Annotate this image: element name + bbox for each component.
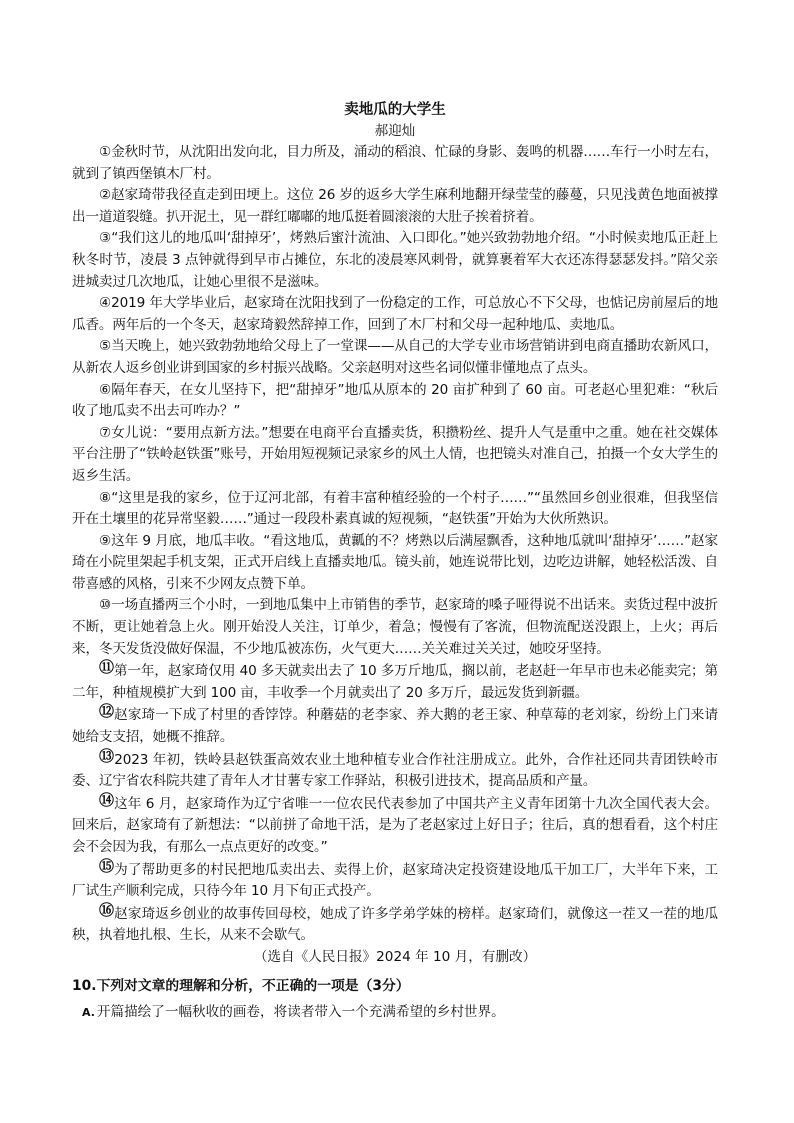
paragraph-14: ⑭这年 6 月，赵家琦作为辽宁省唯一一位农民代表参加了中国共产主义青年团第十九次… [72, 793, 718, 859]
paragraph-text: “我们这儿的地瓜叫‘甜掉牙’，烤熟后蜜汁流油、入口即化。”她兴致勃勃地介绍。“小… [72, 230, 718, 289]
paragraph-2: ②赵家琦带我径直走到田埂上。这位 26 岁的返乡大学生麻利地翻开绿莹莹的藤蔓，只… [72, 185, 718, 228]
paragraph-number: ⑫ [99, 702, 114, 720]
paragraph-1: ①金秋时节，从沈阳出发向北，目力所及，涌动的稻浪、忙碌的身影、轰鸣的机器……车行… [72, 142, 718, 185]
paragraph-9: ⑨这年 9 月底，地瓜丰收。“看这地瓜，黄瓤的不？烤熟以后满屋飘香，这种地瓜就叫… [72, 531, 718, 596]
question-title: 10.下列对文章的理解和分析，不正确的一项是（3分） [72, 976, 732, 996]
paragraph-number: ⑧ [99, 490, 111, 506]
paragraph-5: ⑤当天晚上，她兴致勃勃地给父母上了一堂课——从自己的大学专业市场营销讲到电商直播… [72, 336, 718, 379]
paragraph-3: ③“我们这儿的地瓜叫‘甜掉牙’，烤熟后蜜汁流油、入口即化。”她兴致勃勃地介绍。“… [72, 228, 718, 293]
article-source: （选自《人民日报》2024 年 10 月，有删改） [72, 947, 718, 969]
paragraph-text: 这年 6 月，赵家琦作为辽宁省唯一一位农民代表参加了中国共产主义青年团第十九次全… [72, 796, 718, 855]
paragraph-text: 为了帮助更多的村民把地瓜卖出去、卖得上价，赵家琦决定投资建设地瓜干加工厂，大半年… [72, 862, 718, 900]
paragraph-16: ⑯赵家琦返乡创业的故事传回母校，她成了许多学弟学妹的榜样。赵家琦们，就像这一茬又… [72, 903, 718, 947]
article-title: 卖地瓜的大学生 [72, 100, 718, 121]
paragraph-text: 第一年，赵家琦仅用 40 多天就卖出去了 10 多万斤地瓜，搁以前，老赵赶一年早… [72, 663, 718, 701]
paragraph-10: ⑩一场直播两三个小时，一到地瓜集中上市销售的季节，赵家琦的嗓子哑得说不出话来。卖… [72, 595, 718, 660]
paragraph-11: ⑪第一年，赵家琦仅用 40 多天就卖出去了 10 多万斤地瓜，搁以前，老赵赶一年… [72, 660, 718, 704]
paragraph-number: ⑪ [99, 658, 114, 676]
article: 卖地瓜的大学生 郝迎灿 ①金秋时节，从沈阳出发向北，目力所及，涌动的稻浪、忙碌的… [72, 100, 718, 969]
paragraph-number: ⑭ [99, 791, 114, 809]
paragraph-number: ② [99, 187, 111, 203]
paragraph-number: ④ [99, 295, 111, 311]
paragraph-number: ③ [99, 230, 111, 246]
question-option-a: A.开篇描绘了一幅秋收的画卷，将读者带入一个充满希望的乡村世界。 [72, 1002, 732, 1023]
paragraph-4: ④2019 年大学毕业后，赵家琦在沈阳找到了一份稳定的工作，可总放心不下父母，也… [72, 293, 718, 336]
paragraph-text: 赵家琦返乡创业的故事传回母校，她成了许多学弟学妹的榜样。赵家琦们，就像这一茬又一… [72, 906, 718, 944]
paragraph-8: ⑧“这里是我的家乡，位于辽河北部，有着丰富种植经验的一个村子……”“虽然回乡创业… [72, 488, 718, 531]
paragraph-text: 赵家琦一下成了村里的香饽饽。种蘑菇的老李家、养大鹅的老王家、种草莓的老刘家，纷纷… [72, 707, 718, 745]
paragraph-text: 隔年春天，在女儿坚持下，把“甜掉牙”地瓜从原本的 20 亩扩种到了 60 亩。可… [72, 382, 718, 420]
paragraph-text: 2023 年初，铁岭县赵铁蛋高效农业土地种植专业合作社注册成立。此外，合作社还同… [72, 752, 718, 790]
option-text: 开篇描绘了一幅秋收的画卷，将读者带入一个充满希望的乡村世界。 [97, 1004, 505, 1020]
paragraph-number: ⑨ [99, 533, 111, 549]
paragraph-text: 一场直播两三个小时，一到地瓜集中上市销售的季节，赵家琦的嗓子哑得说不出话来。卖货… [72, 597, 718, 656]
paragraph-number: ⑩ [99, 597, 111, 613]
paragraph-text: 金秋时节，从沈阳出发向北，目力所及，涌动的稻浪、忙碌的身影、轰鸣的机器……车行一… [72, 144, 718, 182]
paragraph-6: ⑥隔年春天，在女儿坚持下，把“甜掉牙”地瓜从原本的 20 亩扩种到了 60 亩。… [72, 380, 718, 423]
paragraph-text: 当天晚上，她兴致勃勃地给父母上了一堂课——从自己的大学专业市场营销讲到电商直播助… [72, 338, 718, 376]
paragraph-number: ⑬ [99, 747, 114, 765]
paragraph-12: ⑫赵家琦一下成了村里的香饽饽。种蘑菇的老李家、养大鹅的老王家、种草莓的老刘家，纷… [72, 704, 718, 748]
paragraph-number: ⑮ [99, 857, 114, 875]
paragraph-text: 2019 年大学毕业后，赵家琦在沈阳找到了一份稳定的工作，可总放心不下父母，也惦… [72, 295, 718, 333]
paragraph-text: 女儿说：“要用点新方法。”想要在电商平台直播卖货，积攒粉丝、提升人气是重中之重。… [72, 425, 718, 484]
paragraph-text: 这年 9 月底，地瓜丰收。“看这地瓜，黄瓤的不？烤熟以后满屋飘香，这种地瓜就叫‘… [72, 533, 718, 592]
question-10: 10.下列对文章的理解和分析，不正确的一项是（3分） A.开篇描绘了一幅秋收的画… [72, 976, 732, 1023]
article-author: 郝迎灿 [72, 121, 718, 142]
paragraph-number: ⑯ [99, 901, 114, 919]
paragraph-text: 赵家琦带我径直走到田埂上。这位 26 岁的返乡大学生麻利地翻开绿莹莹的藤蔓，只见… [72, 187, 718, 225]
paragraph-7: ⑦女儿说：“要用点新方法。”想要在电商平台直播卖货，积攒粉丝、提升人气是重中之重… [72, 423, 718, 488]
paragraph-number: ① [99, 144, 111, 160]
paragraph-number: ⑦ [99, 425, 111, 441]
paragraph-text: “这里是我的家乡，位于辽河北部，有着丰富种植经验的一个村子……”“虽然回乡创业很… [72, 490, 718, 528]
option-label: A. [82, 1006, 95, 1019]
paragraph-15: ⑮为了帮助更多的村民把地瓜卖出去、卖得上价，赵家琦决定投资建设地瓜干加工厂，大半… [72, 859, 718, 903]
paragraph-number: ⑤ [99, 338, 111, 354]
paragraph-number: ⑥ [99, 382, 111, 398]
paragraph-13: ⑬2023 年初，铁岭县赵铁蛋高效农业土地种植专业合作社注册成立。此外，合作社还… [72, 749, 718, 793]
